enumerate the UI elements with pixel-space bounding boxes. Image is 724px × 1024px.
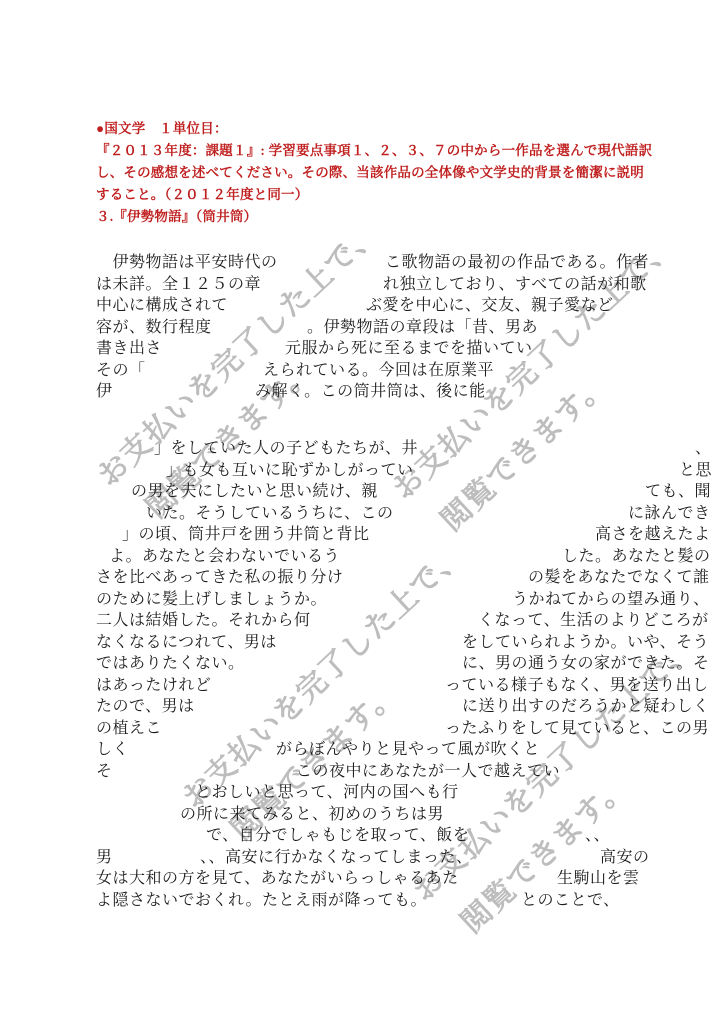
text-line: 伊み解く。この筒井筒は、後に能: [96, 381, 718, 403]
text-fragment: 男: [96, 847, 113, 869]
text-fragment: の所に来てみると、初めのうちは男: [180, 804, 444, 826]
text-line: その「えられている。今回は在原業平: [96, 360, 718, 382]
text-line: よ隠さないでおくれ。たとえ雨が降っても。とのことで、: [96, 890, 718, 912]
text-fragment: 伊勢物語は平安時代の: [96, 252, 278, 274]
text-line: 書き出さ元服から死に至るまでを描いてい: [96, 338, 718, 360]
text-fragment: ても、聞: [645, 481, 711, 503]
text-fragment: 、: [695, 438, 712, 460]
text-fragment: に、男の通う女の家ができた。そ: [462, 653, 710, 675]
text-line: 」の頃、筒井戸を囲う井筒と背比高さを越えたよ: [96, 524, 718, 546]
text-fragment: した。あなたと髪の: [562, 546, 711, 568]
heading-line: し、その感想を述べてください。その際、当該作品の全体像や文学史的背景を簡潔に説明: [96, 162, 718, 184]
text-line: しくがらぼんやりと見やって風が吹くと: [96, 739, 718, 761]
text-line: ではありたくない。に、男の通う女の家ができた。そ: [96, 653, 718, 675]
text-fragment: なくなるにつれて、男は: [96, 632, 277, 654]
text-fragment: その「: [96, 360, 146, 382]
text-fragment: 生駒山を雲: [557, 868, 640, 890]
text-fragment: 元服から死に至るまでを描いてい: [285, 338, 533, 360]
text-line: 伊勢物語は平安時代のこ歌物語の最初の作品である。作者: [96, 252, 718, 274]
text-line: 中心に構成されてぶ愛を中心に、交友、親子愛など: [96, 295, 718, 317]
text-fragment: 高安の: [600, 847, 650, 869]
text-fragment: は未詳。全１２５の章: [96, 274, 261, 296]
text-line: はあったけれどっている様子もなく、男を送り出し: [96, 675, 718, 697]
text-fragment: で、自分でしゃもじを取って、飯を: [206, 825, 469, 847]
text-fragment: ではありたくない。: [96, 653, 245, 675]
text-fragment: に送り出すのだろうかと疑わしく: [462, 696, 710, 718]
text-fragment: うかねてからの望み通り、: [512, 589, 710, 611]
paragraph-translation: 」をしていた人の子どもたちが、井、」も女も互いに恥ずかしがっていと思の男を夫にし…: [96, 438, 718, 911]
text-fragment: の男を夫にしたいと思い続け、親: [131, 481, 378, 503]
text-fragment: とのことで、: [521, 890, 620, 912]
text-line: 」も女も互いに恥ずかしがっていと思: [96, 460, 718, 482]
text-fragment: がらぼんやりと見やって風が吹くと: [276, 739, 540, 761]
text-fragment: 、、高安に行かなくなってしまった、: [200, 847, 473, 869]
text-line: 男、、高安に行かなくなってしまった、高安の: [96, 847, 718, 869]
text-fragment: ったふりをして見ていると、この男: [445, 718, 709, 740]
text-fragment: この夜中にあなたが一人で越えてい: [296, 761, 560, 783]
text-fragment: 。伊勢物語の章段は「昔、男あ: [307, 317, 538, 339]
paragraph-intro: 伊勢物語は平安時代のこ歌物語の最初の作品である。作者は未詳。全１２５の章れ独立し…: [96, 252, 718, 403]
text-fragment: 女は大和の方を見て、あなたがいらっしゃるあた: [96, 868, 459, 890]
text-fragment: み解く。この筒井筒は、後に能: [255, 381, 486, 403]
text-fragment: えられている。今回は在原業平: [263, 360, 494, 382]
text-line: の植えこったふりをして見ていると、この男: [96, 718, 718, 740]
text-line: の所に来てみると、初めのうちは男: [96, 804, 718, 826]
text-fragment: の髪をあなたでなくて誰: [528, 567, 710, 589]
text-line: 二人は結婚した。それから何くなって、生活のよりどころが: [96, 610, 718, 632]
text-fragment: しく: [96, 739, 129, 761]
text-fragment: こ歌物語の最初の作品である。作者: [385, 252, 649, 274]
text-fragment: 、、: [585, 825, 610, 847]
text-fragment: よ。あなたと会わないでいるう: [109, 546, 340, 568]
heading-line: 『２０１３年度：課題１』: 学習要点事項１、２、３、７の中から一作品を選んで現代…: [96, 140, 718, 162]
assignment-heading: ●国文学 １単位目： 『２０１３年度：課題１』: 学習要点事項１、２、３、７の中…: [96, 118, 718, 228]
text-line: 女は大和の方を見て、あなたがいらっしゃるあた生駒山を雲: [96, 868, 718, 890]
text-fragment: 容が、数行程度: [96, 317, 212, 339]
text-fragment: 伊: [96, 381, 113, 403]
text-line: 容が、数行程度。伊勢物語の章段は「昔、男あ: [96, 317, 718, 339]
text-fragment: 二人は結婚した。それから何: [96, 610, 311, 632]
text-fragment: 」の頃、筒井戸を囲う井筒と背比: [122, 524, 370, 546]
text-line: さを比べあってきた私の振り分けの髪をあなたでなくて誰: [96, 567, 718, 589]
text-line: なくなるにつれて、男はをしていられようか。いや、そう: [96, 632, 718, 654]
heading-line: ●国文学 １単位目：: [96, 118, 718, 140]
text-line: いた。そうしているうちに、このに詠んでき: [96, 503, 718, 525]
text-line: よ。あなたと会わないでいるうした。あなたと髪の: [96, 546, 718, 568]
text-line: は未詳。全１２５の章れ独立しており、すべての話が和歌: [96, 274, 718, 296]
text-fragment: っている様子もなく、男を送り出し: [445, 675, 709, 697]
text-line: そこの夜中にあなたが一人で越えてい: [96, 761, 718, 783]
text-fragment: をしていられようか。いや、そう: [462, 632, 709, 654]
text-fragment: くなって、生活のよりどころが: [478, 610, 709, 632]
text-fragment: に詠んでき: [628, 503, 711, 525]
text-fragment: よ隠さないでおくれ。たとえ雨が降っても。: [96, 890, 427, 912]
text-fragment: 中心に構成されて: [96, 295, 228, 317]
text-line: のために髪上げしましょうか。うかねてからの望み通り、: [96, 589, 718, 611]
text-fragment: はあったけれど: [96, 675, 211, 697]
text-fragment: いた。そうしているうちに、この: [146, 503, 394, 525]
text-fragment: さを比べあってきた私の振り分け: [96, 567, 343, 589]
text-line: で、自分でしゃもじを取って、飯を、、: [96, 825, 718, 847]
text-fragment: とおしいと思って、河内の国へも行: [195, 782, 459, 804]
text-fragment: 」をしていた人の子どもたちが、井: [154, 438, 418, 460]
text-fragment: れ独立しており、すべての話が和歌: [383, 274, 647, 296]
text-fragment: と思: [679, 460, 712, 482]
heading-line: すること。（２０１２年度と同一）: [96, 184, 718, 206]
document-page: お支払いを完了した上で、閲覧できます。お支払いを完了した上で、閲覧できます。お支…: [0, 0, 724, 1024]
text-fragment: そ: [96, 761, 113, 783]
text-fragment: 高さを越えたよ: [595, 524, 711, 546]
text-fragment: の植えこ: [96, 718, 162, 740]
heading-line: ３.『伊勢物語』（筒井筒）: [96, 206, 718, 228]
text-fragment: のために髪上げしましょうか。: [96, 589, 327, 611]
text-fragment: たので、男は: [96, 696, 195, 718]
text-line: たので、男はに送り出すのだろうかと疑わしく: [96, 696, 718, 718]
text-fragment: 書き出さ: [96, 338, 162, 360]
text-fragment: ぶ愛を中心に、交友、親子愛など: [366, 295, 614, 317]
text-line: 」をしていた人の子どもたちが、井、: [96, 438, 718, 460]
text-line: とおしいと思って、河内の国へも行: [96, 782, 718, 804]
text-line: の男を夫にしたいと思い続け、親ても、聞: [96, 481, 718, 503]
text-fragment: 」も女も互いに恥ずかしがってい: [166, 460, 414, 482]
